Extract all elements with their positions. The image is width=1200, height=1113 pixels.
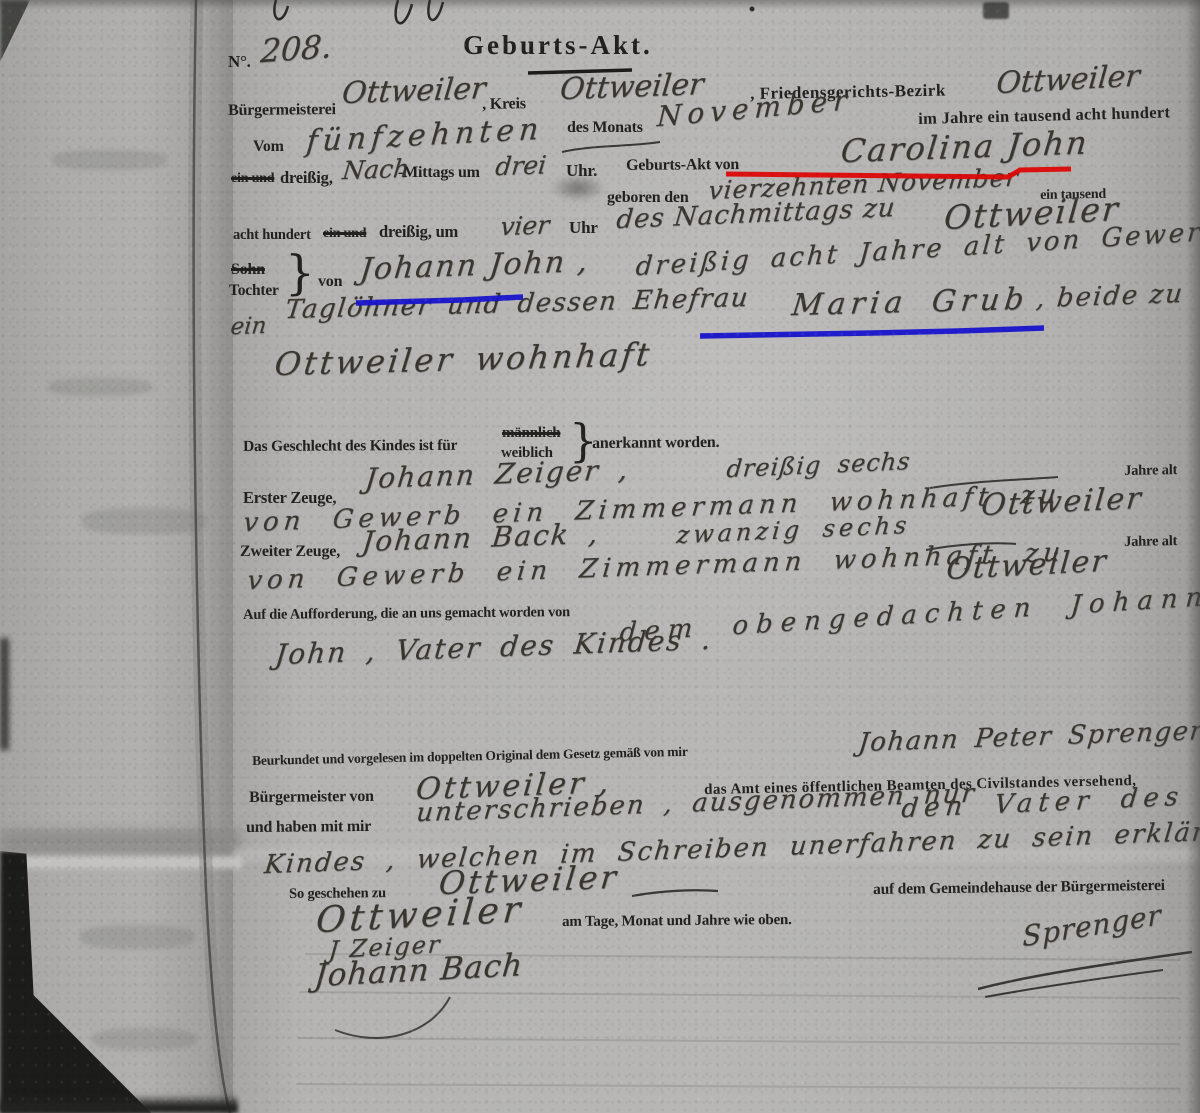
- entry-geburtstag: vierzehnten November: [707, 162, 1020, 205]
- label-dreissig-um: dreißig, um: [379, 222, 458, 242]
- entry-ort-amt: Ottweiler ,: [414, 765, 613, 807]
- entry-kindes-zeile: Kindes , welchen im Schreiben unerfahren…: [263, 815, 1200, 880]
- entry-stunde-akt: drei: [494, 150, 548, 181]
- label-ein-tausend: ein tausend: [1040, 187, 1106, 204]
- entry-monat: November: [656, 83, 853, 133]
- label-geschlecht: Das Geschlecht des Kindes ist für: [243, 437, 457, 456]
- label-tochter: Tochter: [229, 282, 279, 300]
- label-mittags-um: -Mittags um: [398, 164, 480, 182]
- entry-zeuge2-beruf: von Gewerb ein Zimmermann wohnhaft zu: [246, 537, 1067, 596]
- ruled-line: [300, 991, 1180, 999]
- label-aufforderung: Auf die Aufforderung, die an uns gemacht…: [243, 604, 570, 624]
- label-ein-und-struck2: ein und: [323, 226, 366, 242]
- entry-tag: fünfzehnten: [305, 112, 545, 160]
- ruled-line: [298, 1037, 1180, 1045]
- bleedthrough-smudge: [52, 150, 167, 170]
- label-geburtsakt-von: Geburts-Akt von: [626, 156, 739, 175]
- label-und-haben: und haben mit mir: [246, 818, 371, 837]
- signature-flourish-sprenger: [985, 970, 1163, 997]
- label-gemeindehause: auf dem Gemeindehause der Bürgermeistere…: [873, 877, 1165, 899]
- flourish-dash: [562, 142, 660, 152]
- entry-beruf-ehefrau: Taglöhner und dessen Ehefrau: [284, 283, 751, 325]
- entry-geburtsort: Ottweiler: [943, 189, 1122, 237]
- entry-stunde-geburt: vier: [499, 210, 551, 241]
- fold-light-band: [0, 856, 242, 869]
- label-ein-und-struck: ein und: [231, 171, 274, 187]
- label-von: von: [318, 273, 342, 291]
- document-title: Geburts-Akt.: [463, 30, 653, 61]
- signature-beamter: Sprenger: [1022, 898, 1162, 953]
- paper-highlight: [420, 120, 1100, 680]
- label-friedensgerichts-bezirk: , Friedensgerichts-Bezirk: [750, 81, 946, 104]
- entry-vater-des: den Vater des: [900, 782, 1185, 824]
- label-geboren-den: geboren den: [607, 189, 689, 207]
- scan-shadow-top: [0, 0, 1200, 10]
- label-uhr: Uhr.: [566, 161, 597, 181]
- label-weiblich: weiblich: [501, 445, 553, 462]
- fold-line: [194, 0, 230, 1113]
- signature-flourish-bach: [335, 997, 450, 1038]
- cutoff-descender-stroke: [396, 0, 412, 23]
- entry-vater-name: Johann John ,: [358, 244, 591, 287]
- flourish-dash: [926, 543, 1016, 550]
- entry-mutter-name: Maria Grub: [790, 282, 1031, 323]
- record-number-label: N°.: [228, 52, 251, 72]
- record-number-value: 208.: [259, 27, 333, 70]
- signature-flourish-sprenger: [978, 952, 1192, 989]
- label-maennlich-struck: männlich: [502, 425, 560, 442]
- dark-corner-top-left: [0, 0, 30, 62]
- label-des-monats: des Monats: [567, 119, 643, 137]
- entry-nach: Nach: [341, 154, 411, 185]
- adjacent-page-strip: [0, 0, 233, 1113]
- entry-beide-zu: , beide zu: [1035, 279, 1186, 314]
- label-im-jahre: im Jahre ein tausend acht hundert: [918, 102, 1171, 129]
- label-jahre-alt-1: Jahre alt: [1124, 462, 1177, 480]
- entry-zeuge1-beruf: von Gewerb ein Zimmermann wohnhaft zu: [242, 479, 1063, 538]
- entry-vater-alter-gewerb: dreißig acht Jahre alt von Gewerb: [635, 216, 1200, 282]
- document-page: [233, 0, 1200, 1113]
- flourish-dash: [930, 477, 1058, 488]
- label-vom: Vom: [253, 138, 284, 156]
- label-am-tage: am Tage, Monat und Jahre wie oben.: [562, 912, 792, 931]
- entry-ort-buergermeisterei: Ottweiler: [340, 71, 487, 111]
- ink-smudge: [550, 174, 606, 202]
- fold-shadow: [195, 0, 231, 1113]
- entry-ort-bezirk: Ottweiler: [995, 58, 1141, 101]
- label-beurkundet: Beurkundet und vorgelesen im doppelten O…: [252, 744, 688, 769]
- dark-edge-bottom: [0, 1094, 238, 1113]
- label-kreis: , Kreis: [482, 95, 526, 114]
- entry-ein: ein: [229, 313, 268, 340]
- entry-anzeigender: dem obengedachten Johann: [619, 582, 1200, 648]
- flourish-dash: [632, 890, 718, 896]
- brace-gender-parent: }: [285, 246, 315, 301]
- label-uhr2: Uhr: [569, 218, 598, 238]
- signature-zeuge1: J Zeiger: [328, 930, 443, 964]
- red-underline-kind: [726, 169, 1071, 177]
- ruled-line: [305, 953, 1180, 961]
- label-sohn-struck: Sohn: [231, 261, 265, 279]
- blue-underline-vater: [356, 297, 523, 303]
- label-anerkannt: anerkannt worden.: [592, 434, 719, 453]
- signature-zeuge2: Johann Bach: [313, 947, 525, 994]
- label-dreissig: dreißig,: [280, 168, 333, 188]
- entry-so-ort: Ottweiler: [437, 858, 621, 902]
- dark-edge-left: [0, 638, 9, 750]
- scan-shadow-right: [1186, 0, 1200, 1113]
- cutoff-descender-stroke: [428, 0, 443, 20]
- bleedthrough-smudge: [48, 378, 153, 396]
- label-so-geschehen: So geschehen zu: [289, 885, 386, 903]
- entry-wohnort: Ottweiler wohnhaft: [273, 335, 655, 383]
- dark-blob-top-right: [983, 2, 1009, 19]
- label-amt: das Amt eines öffentlichen Beamten des C…: [704, 773, 1137, 799]
- page-crease: [233, 848, 1200, 861]
- entry-zeuge1-name: Johann Zeiger ,: [364, 453, 632, 495]
- entry-ort-kreis: Ottweiler: [558, 67, 705, 107]
- ruled-line: [296, 1083, 1180, 1090]
- label-zweiter-zeuge: Zweiter Zeuge,: [240, 543, 340, 561]
- cutoff-descender-stroke: [274, 0, 288, 19]
- bleedthrough-smudge: [82, 508, 207, 534]
- entry-zeuge2-name: Johann Back ,: [361, 517, 602, 558]
- entry-unterschrieben: unterschrieben , ausgenommen nur: [415, 778, 978, 828]
- overlay-strokes: [0, 0, 1200, 1113]
- entry-zeuge2-alter: zwanzig sechs: [675, 511, 911, 549]
- label-erster-zeuge: Erster Zeuge,: [243, 488, 336, 508]
- entry-zeuge2-ort: Ottweiler: [945, 544, 1109, 588]
- scan-noise-texture: [0, 0, 1200, 1113]
- entry-zeuge1-ort: Ottweiler: [980, 481, 1145, 523]
- label-jahre-alt-2: Jahre alt: [1124, 533, 1177, 551]
- entry-beamter-name: Johann Peter Sprenger: [857, 716, 1200, 758]
- dark-corner-bottom-left: [0, 851, 240, 1113]
- entry-zeuge1-alter: dreißig sechs: [725, 447, 912, 483]
- scanned-birth-record: N°. 208. Geburts-Akt. Bürgermeisterei Ot…: [0, 0, 1200, 1113]
- bleedthrough-smudge: [80, 925, 195, 949]
- bleedthrough-smudge: [92, 1028, 197, 1050]
- label-acht-hundert: acht hundert: [233, 227, 311, 244]
- ink-dot: [750, 7, 755, 12]
- label-buergermeisterei: Bürgermeisterei: [228, 101, 336, 120]
- title-underline: [528, 70, 632, 73]
- entry-vater-ref: John , Vater des Kindes .: [274, 623, 715, 671]
- entry-kind-name: Carolina John: [839, 123, 1091, 170]
- blue-underline-mutter: [700, 328, 1044, 336]
- brace-gender: }: [569, 414, 598, 467]
- fold-shadow-band: [0, 829, 240, 855]
- entry-datum-ort: Ottweiler: [314, 889, 525, 941]
- label-buergermeister-von: Bürgermeister von: [249, 788, 374, 807]
- entry-tageszeit: des Nachmittags zu: [615, 193, 897, 235]
